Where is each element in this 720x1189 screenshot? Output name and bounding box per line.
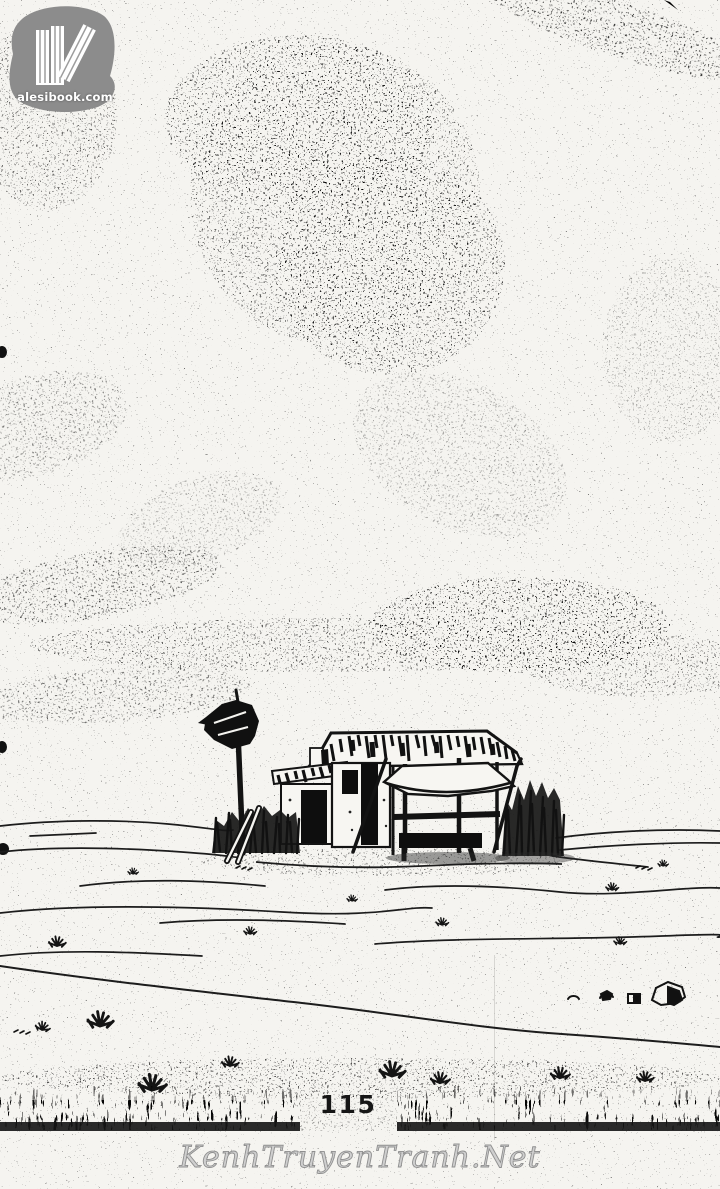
main-roof bbox=[308, 731, 523, 767]
stall-rail bbox=[394, 814, 500, 817]
site-logo: alesibook.com bbox=[6, 4, 128, 116]
bench bbox=[399, 833, 482, 848]
window bbox=[342, 770, 358, 794]
manga-page: alesibook.com 115 KenhTruyenTranh.Net bbox=[0, 0, 720, 1189]
artwork-canvas bbox=[0, 0, 720, 1189]
watermark-text: KenhTruyenTranh.Net bbox=[0, 1140, 720, 1175]
logo-text: alesibook.com bbox=[6, 90, 124, 104]
left-hut-doorway bbox=[301, 790, 327, 843]
scan-scratch bbox=[494, 955, 495, 1140]
page-number: 115 bbox=[296, 1090, 400, 1119]
